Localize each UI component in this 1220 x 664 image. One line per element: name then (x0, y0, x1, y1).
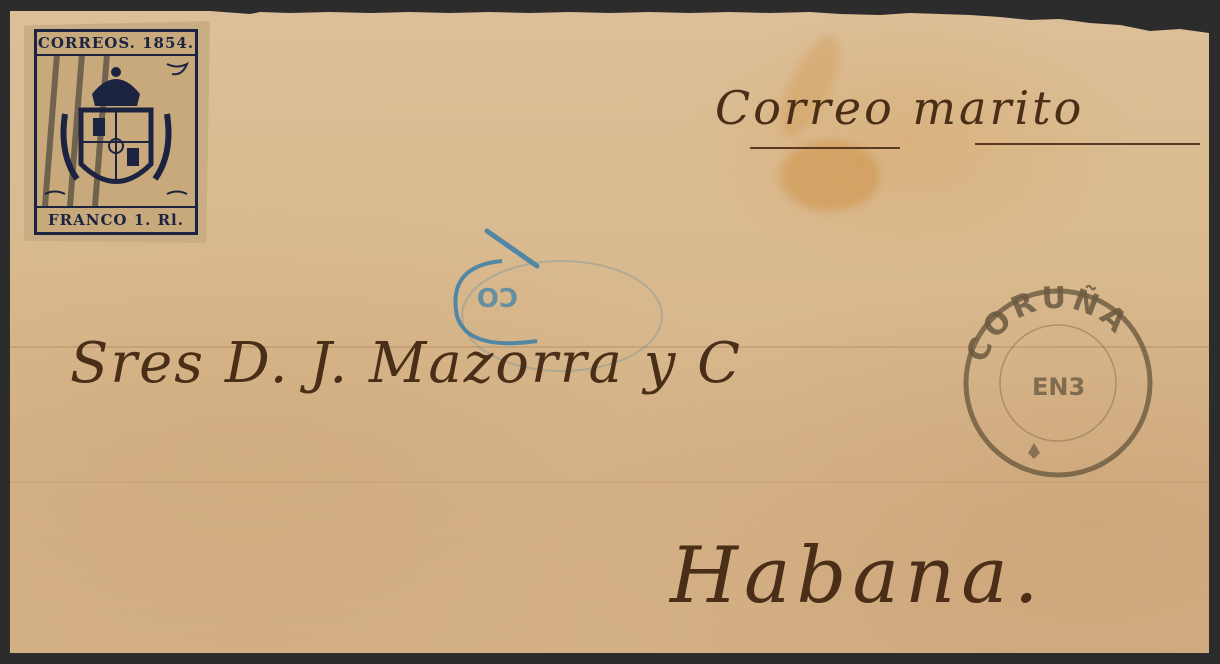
underline (975, 143, 1200, 145)
svg-text:EN3: EN3 (1032, 373, 1085, 401)
stain (780, 141, 880, 211)
routing-annotation: Correo marito (715, 81, 1084, 135)
stamp-bottom-text: FRANCO 1. Rl. (37, 206, 195, 232)
stamp-top-text: CORREOS. 1854. (37, 32, 195, 56)
addressee-line: Sres D. J. Mazorra y C (70, 331, 742, 396)
destination-city: Habana. (670, 531, 1045, 621)
coat-of-arms-icon (37, 54, 195, 206)
svg-text:CO: CO (477, 281, 518, 311)
postal-cover: CORREOS. 1854. (10, 11, 1209, 653)
underline (750, 147, 900, 149)
coruna-postmark: CORUÑA EN3 (958, 283, 1158, 483)
postage-stamp: CORREOS. 1854. (24, 21, 210, 243)
image-frame: CORREOS. 1854. (0, 0, 1220, 664)
stamp-frame: CORREOS. 1854. (34, 29, 198, 235)
